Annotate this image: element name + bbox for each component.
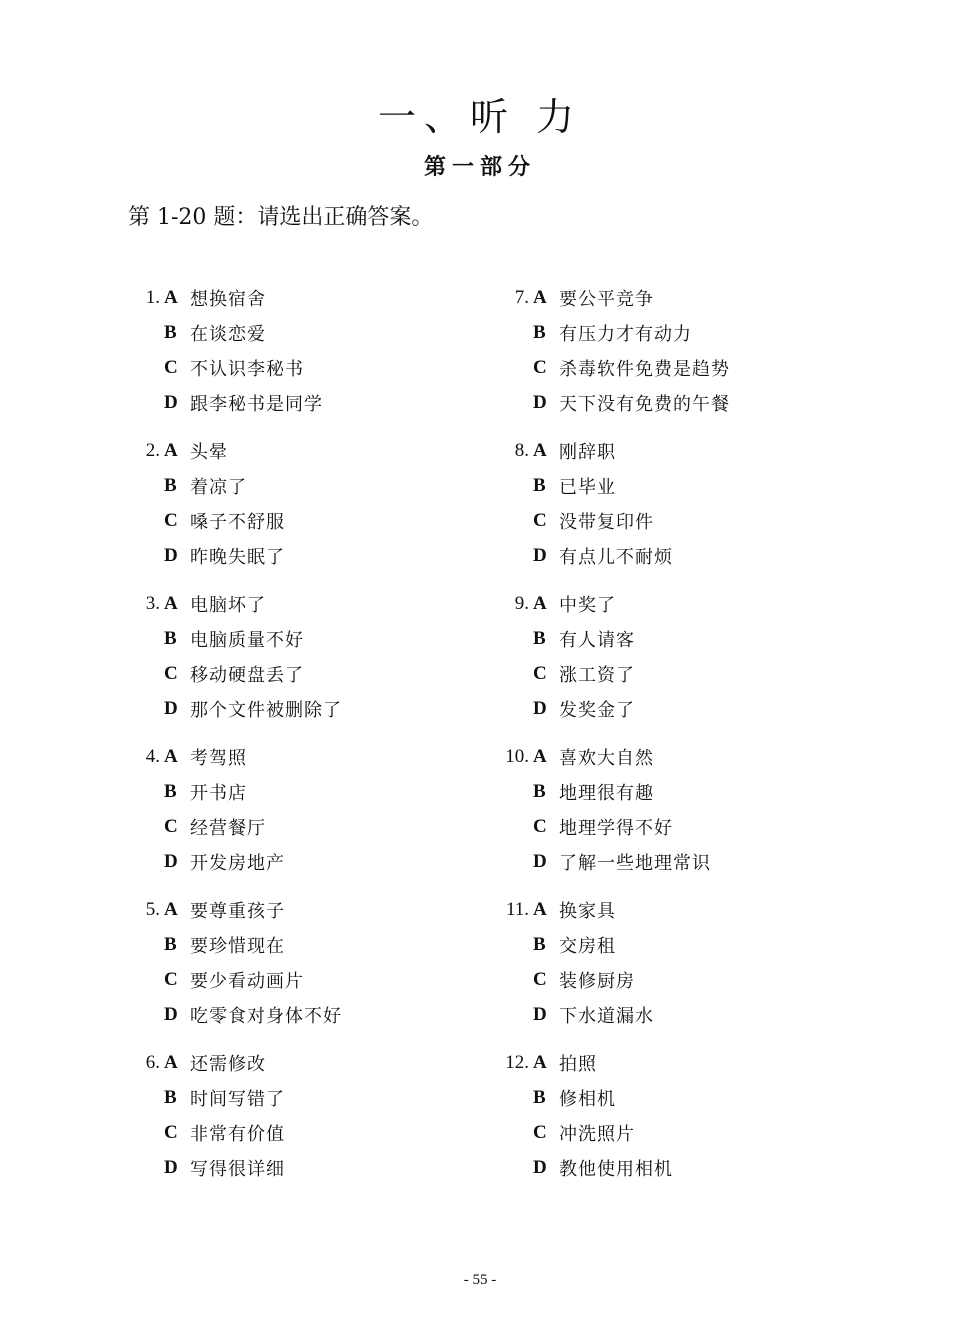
option-text: 想换宿舍 bbox=[190, 285, 266, 311]
question-number: 10. bbox=[485, 746, 533, 768]
answer-option: 8.A刚辞职 bbox=[485, 433, 865, 468]
option-text: 下水道漏水 bbox=[559, 1002, 654, 1028]
option-text: 要少看动画片 bbox=[190, 967, 304, 993]
question-item: 3.A电脑坏了B电脑质量不好C移动硬盘丢了D那个文件被删除了 bbox=[120, 586, 480, 739]
option-text: 杀毒软件免费是趋势 bbox=[559, 355, 730, 381]
option-letter: D bbox=[533, 1004, 559, 1026]
option-text: 开书店 bbox=[190, 779, 247, 805]
option-letter: B bbox=[533, 475, 559, 497]
option-text: 嗓子不舒服 bbox=[190, 508, 285, 534]
option-letter: B bbox=[533, 934, 559, 956]
option-text: 发奖金了 bbox=[559, 696, 635, 722]
option-text: 装修厨房 bbox=[559, 967, 635, 993]
option-letter: A bbox=[164, 1052, 190, 1074]
option-text: 经营餐厅 bbox=[190, 814, 266, 840]
section-title: 一、听 力 bbox=[0, 92, 960, 142]
option-letter: C bbox=[164, 510, 190, 532]
option-text: 时间写错了 bbox=[190, 1085, 285, 1111]
question-item: 1.A想换宿舍B在谈恋爱C不认识李秘书D跟李秘书是同学 bbox=[120, 280, 480, 433]
option-letter: C bbox=[533, 357, 559, 379]
answer-option: C杀毒软件免费是趋势 bbox=[485, 350, 865, 385]
option-letter: D bbox=[164, 851, 190, 873]
option-text: 刚辞职 bbox=[559, 438, 616, 464]
question-item: 7.A要公平竞争B有压力才有动力C杀毒软件免费是趋势D天下没有免费的午餐 bbox=[485, 280, 865, 433]
option-text: 有人请客 bbox=[559, 626, 635, 652]
answer-option: B修相机 bbox=[485, 1080, 865, 1115]
option-letter: A bbox=[533, 287, 559, 309]
option-letter: B bbox=[533, 781, 559, 803]
answer-option: B时间写错了 bbox=[120, 1080, 480, 1115]
answer-option: 1.A想换宿舍 bbox=[120, 280, 480, 315]
option-letter: D bbox=[533, 851, 559, 873]
option-text: 不认识李秘书 bbox=[190, 355, 304, 381]
option-letter: A bbox=[533, 1052, 559, 1074]
option-letter: A bbox=[164, 899, 190, 921]
option-letter: D bbox=[533, 698, 559, 720]
option-text: 已毕业 bbox=[559, 473, 616, 499]
answer-option: 6.A还需修改 bbox=[120, 1045, 480, 1080]
answer-option: B交房租 bbox=[485, 927, 865, 962]
answer-option: D昨晚失眠了 bbox=[120, 538, 480, 573]
answer-option: D发奖金了 bbox=[485, 691, 865, 726]
option-letter: C bbox=[164, 357, 190, 379]
answer-option: 7.A要公平竞争 bbox=[485, 280, 865, 315]
question-number: 4. bbox=[120, 746, 164, 768]
option-text: 昨晚失眠了 bbox=[190, 543, 285, 569]
option-text: 写得很详细 bbox=[190, 1155, 285, 1181]
option-letter: D bbox=[164, 545, 190, 567]
answer-option: D了解一些地理常识 bbox=[485, 844, 865, 879]
option-text: 电脑质量不好 bbox=[190, 626, 304, 652]
option-letter: A bbox=[164, 287, 190, 309]
question-item: 9.A中奖了B有人请客C涨工资了D发奖金了 bbox=[485, 586, 865, 739]
question-item: 5.A要尊重孩子B要珍惜现在C要少看动画片D吃零食对身体不好 bbox=[120, 892, 480, 1045]
answer-option: 3.A电脑坏了 bbox=[120, 586, 480, 621]
left-question-column: 1.A想换宿舍B在谈恋爱C不认识李秘书D跟李秘书是同学2.A头晕B着凉了C嗓子不… bbox=[120, 280, 480, 1198]
question-number: 5. bbox=[120, 899, 164, 921]
option-letter: D bbox=[164, 392, 190, 414]
answer-option: C没带复印件 bbox=[485, 503, 865, 538]
question-number: 1. bbox=[120, 287, 164, 309]
option-text: 地理很有趣 bbox=[559, 779, 654, 805]
option-letter: A bbox=[533, 899, 559, 921]
option-letter: D bbox=[533, 545, 559, 567]
answer-option: C非常有价值 bbox=[120, 1115, 480, 1150]
answer-option: D写得很详细 bbox=[120, 1150, 480, 1185]
answer-option: 4.A考驾照 bbox=[120, 739, 480, 774]
option-text: 拍照 bbox=[559, 1050, 597, 1076]
option-letter: C bbox=[533, 510, 559, 532]
option-letter: B bbox=[164, 322, 190, 344]
option-text: 着凉了 bbox=[190, 473, 247, 499]
question-number: 2. bbox=[120, 440, 164, 462]
option-text: 地理学得不好 bbox=[559, 814, 673, 840]
right-question-column: 7.A要公平竞争B有压力才有动力C杀毒软件免费是趋势D天下没有免费的午餐8.A刚… bbox=[485, 280, 865, 1198]
answer-option: C不认识李秘书 bbox=[120, 350, 480, 385]
question-item: 10.A喜欢大自然B地理很有趣C地理学得不好D了解一些地理常识 bbox=[485, 739, 865, 892]
option-text: 跟李秘书是同学 bbox=[190, 390, 323, 416]
answer-option: B要珍惜现在 bbox=[120, 927, 480, 962]
option-letter: A bbox=[533, 593, 559, 615]
option-text: 在谈恋爱 bbox=[190, 320, 266, 346]
option-text: 有压力才有动力 bbox=[559, 320, 692, 346]
option-letter: B bbox=[533, 1087, 559, 1109]
answer-option: D吃零食对身体不好 bbox=[120, 997, 480, 1032]
option-letter: C bbox=[533, 969, 559, 991]
answer-option: D天下没有免费的午餐 bbox=[485, 385, 865, 420]
option-letter: C bbox=[533, 1122, 559, 1144]
option-text: 有点儿不耐烦 bbox=[559, 543, 673, 569]
answer-option: B地理很有趣 bbox=[485, 774, 865, 809]
option-text: 头晕 bbox=[190, 438, 228, 464]
option-letter: B bbox=[164, 934, 190, 956]
option-text: 要珍惜现在 bbox=[190, 932, 285, 958]
question-number: 6. bbox=[120, 1052, 164, 1074]
option-text: 修相机 bbox=[559, 1085, 616, 1111]
answer-option: B着凉了 bbox=[120, 468, 480, 503]
option-text: 电脑坏了 bbox=[190, 591, 266, 617]
option-text: 开发房地产 bbox=[190, 849, 285, 875]
option-text: 喜欢大自然 bbox=[559, 744, 654, 770]
question-number: 9. bbox=[485, 593, 533, 615]
question-number: 3. bbox=[120, 593, 164, 615]
option-letter: C bbox=[533, 663, 559, 685]
answer-option: B有人请客 bbox=[485, 621, 865, 656]
answer-option: C装修厨房 bbox=[485, 962, 865, 997]
option-letter: C bbox=[533, 816, 559, 838]
answer-option: 5.A要尊重孩子 bbox=[120, 892, 480, 927]
option-text: 吃零食对身体不好 bbox=[190, 1002, 342, 1028]
option-text: 要尊重孩子 bbox=[190, 897, 285, 923]
option-letter: A bbox=[164, 746, 190, 768]
option-letter: D bbox=[533, 392, 559, 414]
option-letter: C bbox=[164, 663, 190, 685]
answer-option: C嗓子不舒服 bbox=[120, 503, 480, 538]
question-number: 11. bbox=[485, 899, 533, 921]
option-letter: B bbox=[533, 322, 559, 344]
question-number: 7. bbox=[485, 287, 533, 309]
question-item: 8.A刚辞职B已毕业C没带复印件D有点儿不耐烦 bbox=[485, 433, 865, 586]
answer-option: D下水道漏水 bbox=[485, 997, 865, 1032]
answer-option: B开书店 bbox=[120, 774, 480, 809]
answer-option: C移动硬盘丢了 bbox=[120, 656, 480, 691]
option-text: 冲洗照片 bbox=[559, 1120, 635, 1146]
option-letter: D bbox=[533, 1157, 559, 1179]
option-letter: C bbox=[164, 969, 190, 991]
option-text: 非常有价值 bbox=[190, 1120, 285, 1146]
answer-option: C涨工资了 bbox=[485, 656, 865, 691]
option-letter: B bbox=[164, 475, 190, 497]
question-item: 11.A换家具B交房租C装修厨房D下水道漏水 bbox=[485, 892, 865, 1045]
answer-option: B在谈恋爱 bbox=[120, 315, 480, 350]
option-letter: A bbox=[533, 440, 559, 462]
option-letter: B bbox=[533, 628, 559, 650]
answer-option: C经营餐厅 bbox=[120, 809, 480, 844]
option-text: 教他使用相机 bbox=[559, 1155, 673, 1181]
answer-option: D那个文件被删除了 bbox=[120, 691, 480, 726]
question-item: 2.A头晕B着凉了C嗓子不舒服D昨晚失眠了 bbox=[120, 433, 480, 586]
option-letter: B bbox=[164, 1087, 190, 1109]
answer-option: 11.A换家具 bbox=[485, 892, 865, 927]
option-text: 涨工资了 bbox=[559, 661, 635, 687]
option-letter: A bbox=[164, 440, 190, 462]
answer-option: D教他使用相机 bbox=[485, 1150, 865, 1185]
answer-option: C要少看动画片 bbox=[120, 962, 480, 997]
option-text: 换家具 bbox=[559, 897, 616, 923]
answer-option: 12.A拍照 bbox=[485, 1045, 865, 1080]
answer-option: 10.A喜欢大自然 bbox=[485, 739, 865, 774]
answer-option: D有点儿不耐烦 bbox=[485, 538, 865, 573]
option-letter: C bbox=[164, 1122, 190, 1144]
option-text: 还需修改 bbox=[190, 1050, 266, 1076]
option-letter: D bbox=[164, 698, 190, 720]
option-letter: D bbox=[164, 1004, 190, 1026]
option-text: 要公平竞争 bbox=[559, 285, 654, 311]
question-item: 6.A还需修改B时间写错了C非常有价值D写得很详细 bbox=[120, 1045, 480, 1198]
option-letter: B bbox=[164, 781, 190, 803]
option-text: 天下没有免费的午餐 bbox=[559, 390, 730, 416]
answer-option: B电脑质量不好 bbox=[120, 621, 480, 656]
option-letter: C bbox=[164, 816, 190, 838]
option-text: 没带复印件 bbox=[559, 508, 654, 534]
answer-option: B已毕业 bbox=[485, 468, 865, 503]
option-text: 中奖了 bbox=[559, 591, 616, 617]
answer-option: C地理学得不好 bbox=[485, 809, 865, 844]
page-number: - 55 - bbox=[0, 1272, 960, 1289]
option-text: 交房租 bbox=[559, 932, 616, 958]
question-item: 4.A考驾照B开书店C经营餐厅D开发房地产 bbox=[120, 739, 480, 892]
question-number: 12. bbox=[485, 1052, 533, 1074]
answer-option: 9.A中奖了 bbox=[485, 586, 865, 621]
option-letter: A bbox=[533, 746, 559, 768]
option-text: 了解一些地理常识 bbox=[559, 849, 711, 875]
part-subtitle: 第一部分 bbox=[0, 152, 960, 184]
question-item: 12.A拍照B修相机C冲洗照片D教他使用相机 bbox=[485, 1045, 865, 1198]
option-text: 那个文件被删除了 bbox=[190, 696, 342, 722]
instruction-text: 第 1-20 题：请选出正确答案。 bbox=[128, 202, 433, 234]
answer-option: B有压力才有动力 bbox=[485, 315, 865, 350]
option-text: 考驾照 bbox=[190, 744, 247, 770]
option-letter: A bbox=[164, 593, 190, 615]
option-text: 移动硬盘丢了 bbox=[190, 661, 304, 687]
answer-option: C冲洗照片 bbox=[485, 1115, 865, 1150]
option-letter: D bbox=[164, 1157, 190, 1179]
answer-option: D开发房地产 bbox=[120, 844, 480, 879]
answer-option: 2.A头晕 bbox=[120, 433, 480, 468]
question-number: 8. bbox=[485, 440, 533, 462]
answer-option: D跟李秘书是同学 bbox=[120, 385, 480, 420]
option-letter: B bbox=[164, 628, 190, 650]
